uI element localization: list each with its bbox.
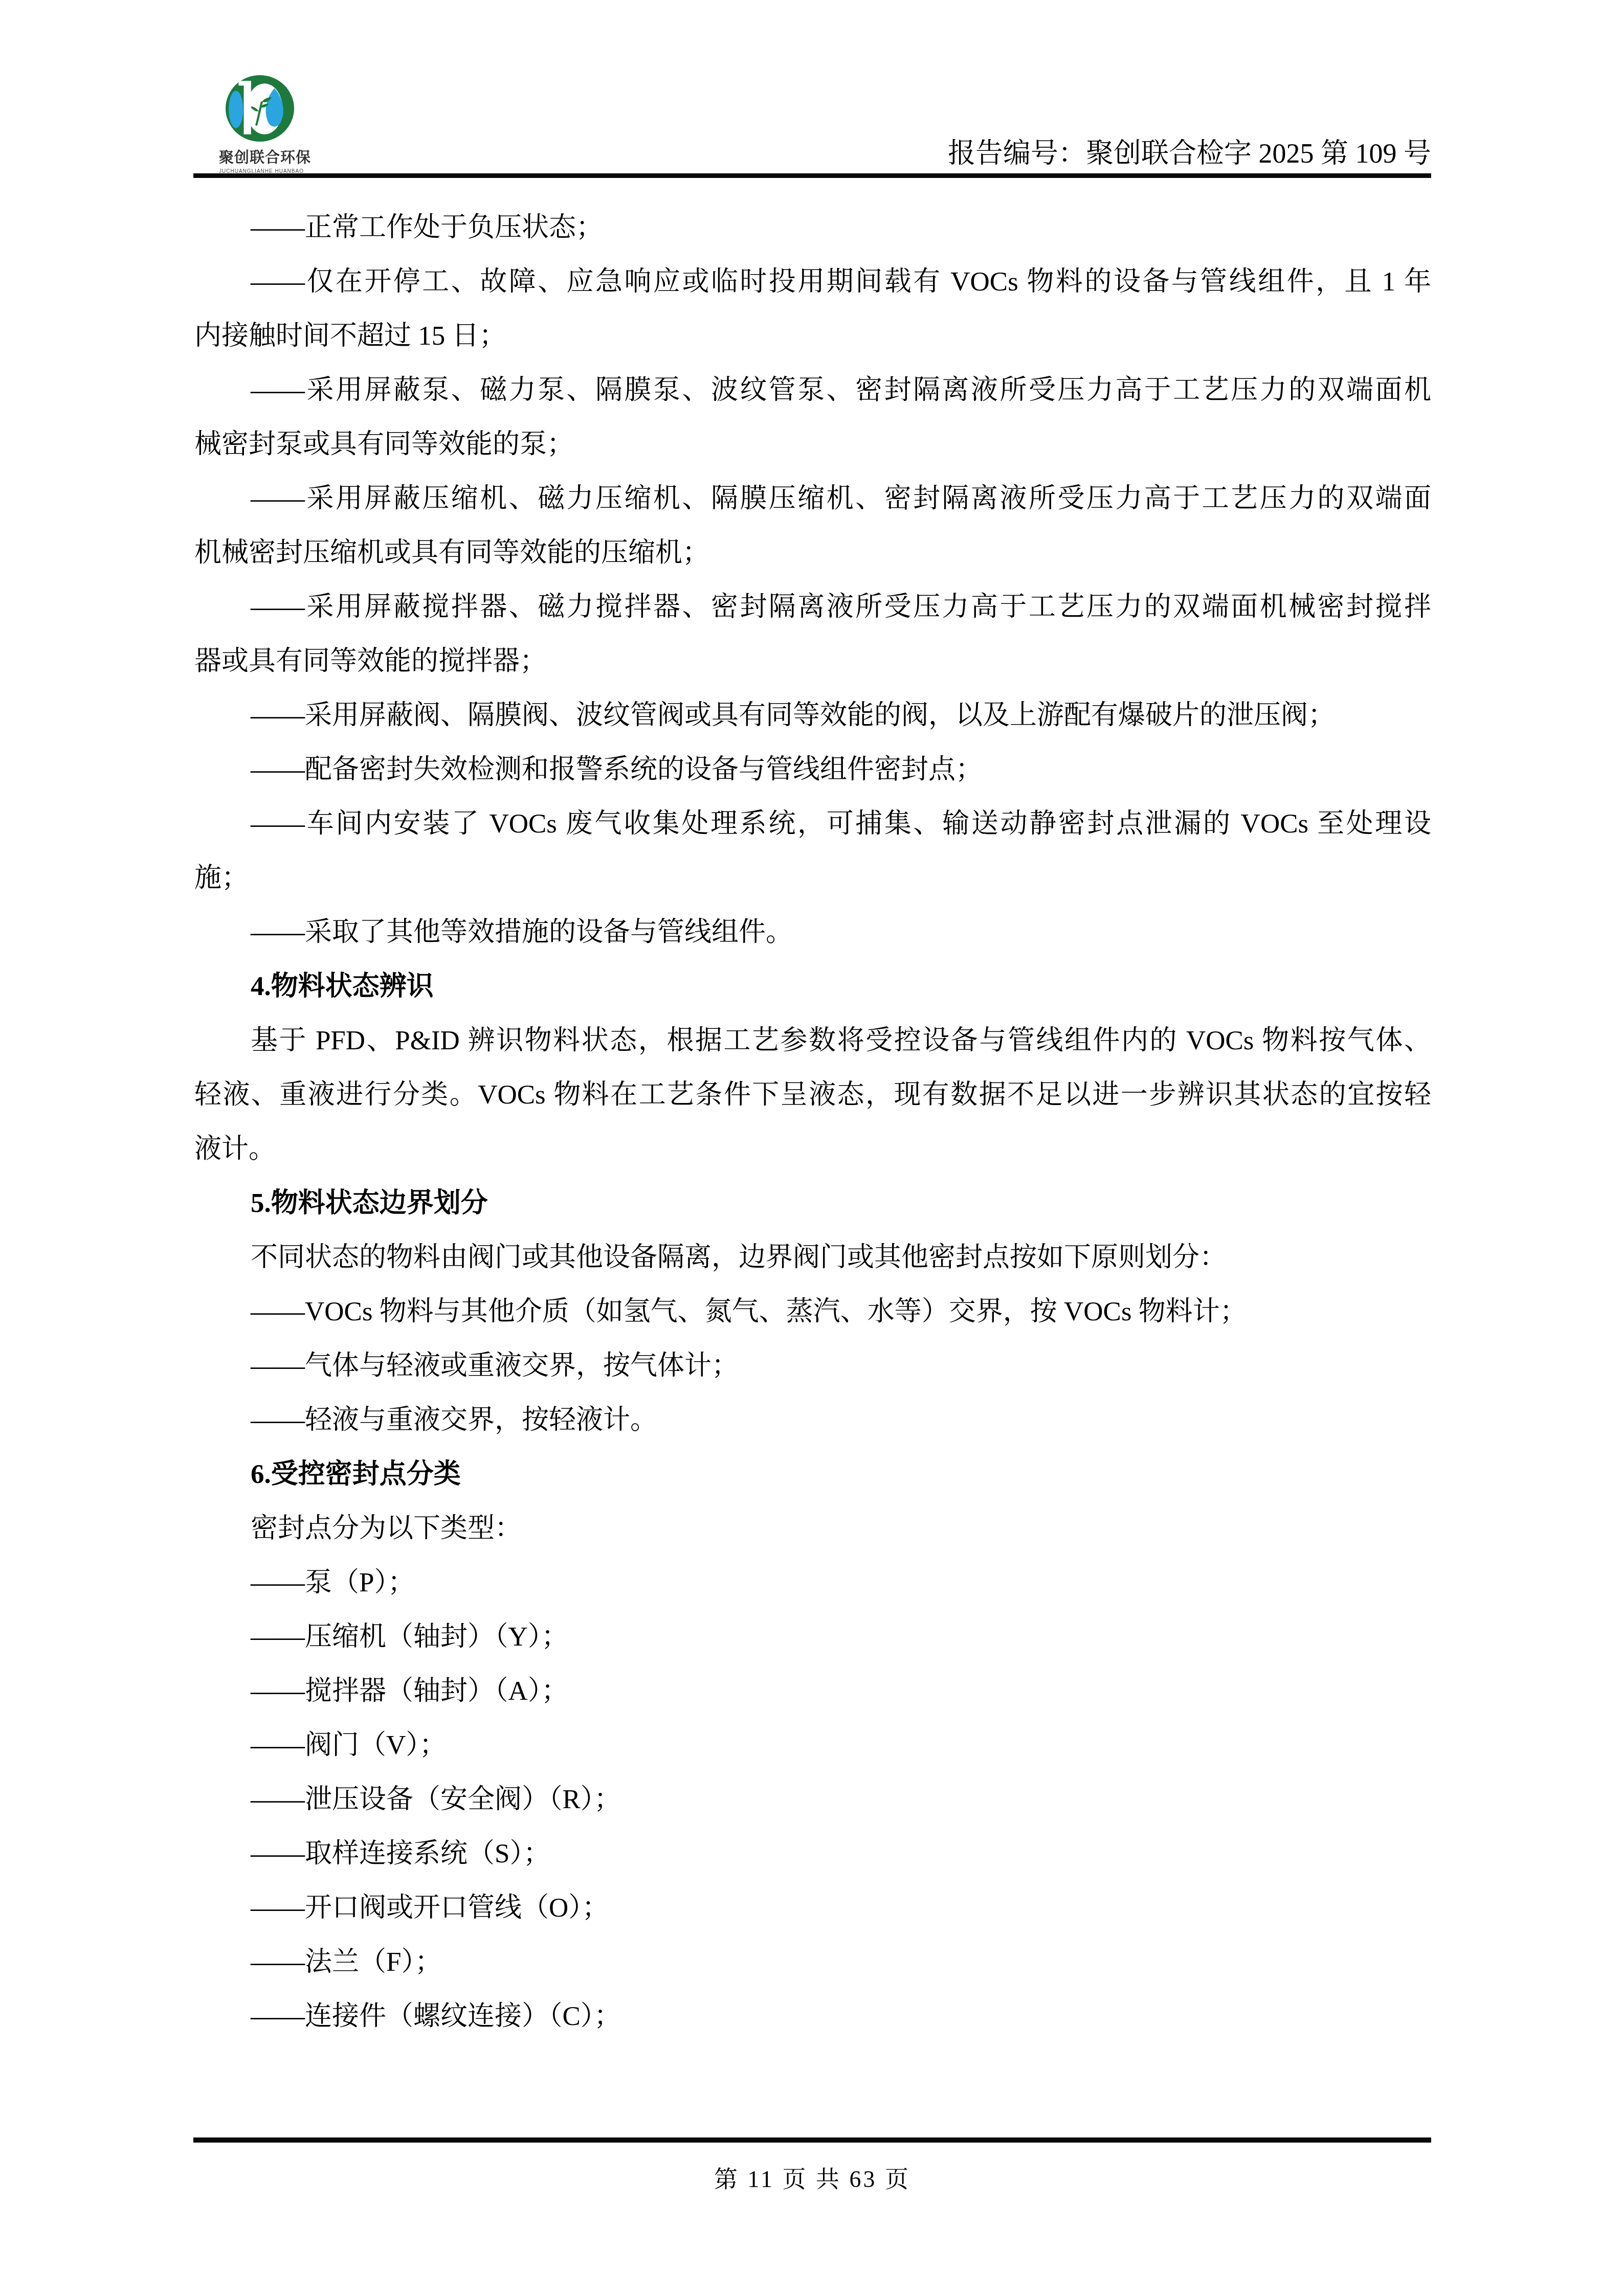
- body-text: ——正常工作处于负压状态；——仅在开停工、故障、应急响应或临时投用期间载有 VO…: [194, 200, 1431, 2043]
- body-line: ——压缩机（轴封）（Y）；: [194, 1610, 1431, 1664]
- body-heading-line: 6.受控密封点分类: [194, 1447, 1431, 1501]
- body-line: 不同状态的物料由阀门或其他设备隔离，边界阀门或其他密封点按如下原则划分：: [194, 1230, 1431, 1285]
- body-line: 器或具有同等效能的搅拌器；: [194, 634, 1431, 688]
- footer-divider: [193, 2137, 1431, 2143]
- body-line: 基于 PFD、P&ID 辨识物料状态，根据工艺参数将受控设备与管线组件内的 VO…: [194, 1014, 1431, 1068]
- body-line: ——开口阀或开口管线（O）；: [194, 1881, 1431, 1935]
- body-heading-line: 5.物料状态边界划分: [194, 1176, 1431, 1230]
- body-line: ——采取了其他等效措施的设备与管线组件。: [194, 905, 1431, 959]
- body-line: ——配备密封失效检测和报警系统的设备与管线组件密封点；: [194, 742, 1431, 797]
- body-line: ——采用屏蔽泵、磁力泵、隔膜泵、波纹管泵、密封隔离液所受压力高于工艺压力的双端面…: [194, 363, 1431, 417]
- body-line: ——连接件（螺纹连接）（C）；: [194, 1989, 1431, 2043]
- report-number: 报告编号：聚创联合检字 2025 第 109 号: [193, 137, 1431, 170]
- body-line: ——搅拌器（轴封）（A）；: [194, 1664, 1431, 1718]
- body-line: 机械密封压缩机或具有同等效能的压缩机；: [194, 526, 1431, 580]
- body-line: ——采用屏蔽压缩机、磁力压缩机、隔膜压缩机、密封隔离液所受压力高于工艺压力的双端…: [194, 471, 1431, 526]
- body-line: 械密封泵或具有同等效能的泵；: [194, 417, 1431, 471]
- body-heading-line: 4.物料状态辨识: [194, 959, 1431, 1014]
- body-line: ——泵（P）；: [194, 1556, 1431, 1610]
- body-line: ——VOCs 物料与其他介质（如氢气、氮气、蒸汽、水等）交界，按 VOCs 物料…: [194, 1285, 1431, 1339]
- body-line: ——采用屏蔽搅拌器、磁力搅拌器、密封隔离液所受压力高于工艺压力的双端面机械密封搅…: [194, 580, 1431, 634]
- body-line: ——取样连接系统（S）；: [194, 1827, 1431, 1881]
- body-line: ——法兰（F）；: [194, 1935, 1431, 1989]
- body-line: ——泄压设备（安全阀）（R）；: [194, 1772, 1431, 1827]
- body-line: 轻液、重液进行分类。VOCs 物料在工艺条件下呈液态，现有数据不足以进一步辨识其…: [194, 1068, 1431, 1122]
- document-page: 聚创联合环保 JUCHUANGLIANHE HUANBAO 报告编号：聚创联合检…: [0, 0, 1624, 2296]
- company-logo-icon: [225, 75, 295, 142]
- body-line: ——正常工作处于负压状态；: [194, 200, 1431, 255]
- header-divider: [193, 173, 1431, 178]
- body-line: ——车间内安装了 VOCs 废气收集处理系统，可捕集、输送动静密封点泄漏的 VO…: [194, 797, 1431, 851]
- page-number: 第 11 页 共 63 页: [193, 2165, 1431, 2194]
- body-line: ——仅在开停工、故障、应急响应或临时投用期间载有 VOCs 物料的设备与管线组件…: [194, 255, 1431, 309]
- body-line: ——轻液与重液交界，按轻液计。: [194, 1393, 1431, 1447]
- body-line: 施；: [194, 851, 1431, 905]
- body-line: ——采用屏蔽阀、隔膜阀、波纹管阀或具有同等效能的阀，以及上游配有爆破片的泄压阀；: [194, 688, 1431, 742]
- body-line: 内接触时间不超过 15 日；: [194, 309, 1431, 363]
- body-line: 液计。: [194, 1122, 1431, 1176]
- body-line: ——气体与轻液或重液交界，按气体计；: [194, 1339, 1431, 1393]
- body-line: 密封点分为以下类型：: [194, 1501, 1431, 1556]
- body-line: ——阀门（V）；: [194, 1718, 1431, 1772]
